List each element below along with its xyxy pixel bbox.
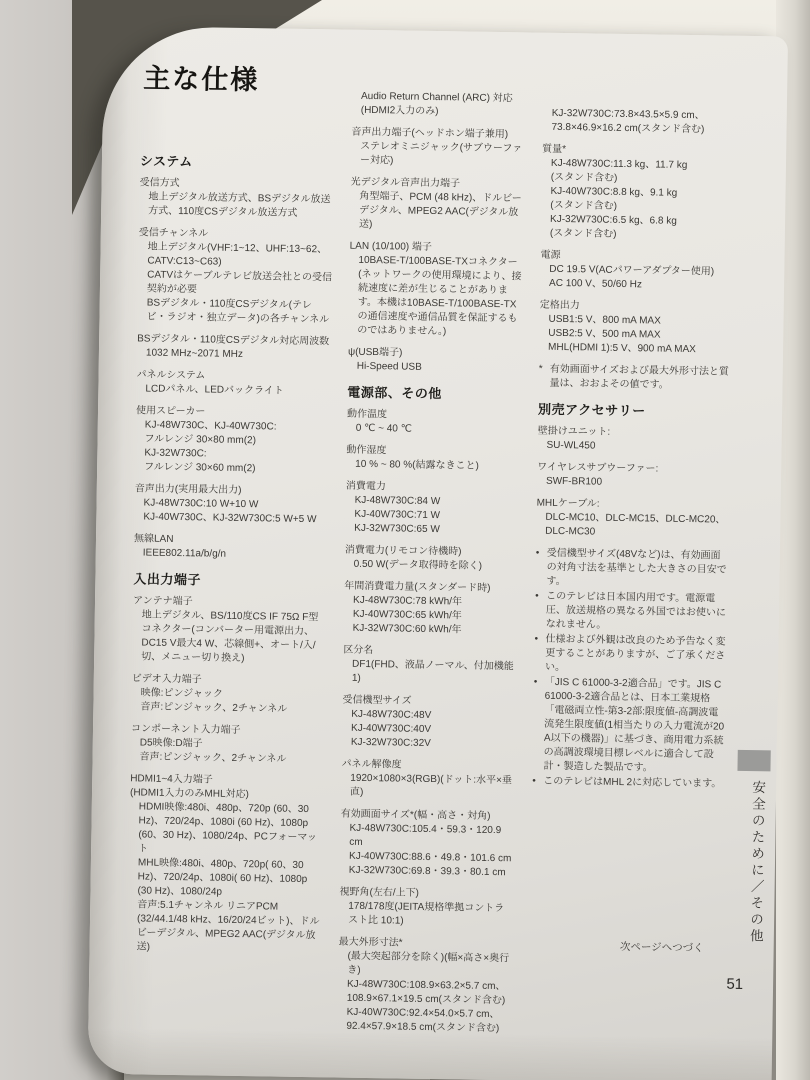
- footnote: *有効画面サイズおよび最大外形寸法と質量は、おおよその値です。: [538, 363, 730, 394]
- spec-group: 有効画面サイズ*(幅・高さ・対角)KJ-48W730C:105.4・59.3・1…: [340, 808, 515, 881]
- spec-value: KJ-32W730C:32V: [342, 736, 516, 753]
- bullet-text: 「JIS C 61000-3-2適合品」です。JIS C 61000-3-2適合…: [543, 676, 726, 777]
- spec-group: HDMI1~4入力端子(HDMI1入力のみMHL対応)HDMI映像:480i、4…: [127, 772, 324, 957]
- spec-group: 無線LANIEEE802.11a/b/g/n: [134, 532, 328, 563]
- bullet-text: このテレビは日本国内用です。電源電圧、放送規格の異なる外国ではお使いになれません…: [546, 590, 728, 635]
- section-heading: システム: [140, 154, 334, 171]
- spec-group: 壁掛けユニット:SU-WL450: [537, 425, 729, 456]
- spec-group: KJ-32W730C:73.8×43.5×5.9 cm、73.8×46.9×16…: [542, 107, 734, 138]
- spec-value: MHL(HDMI 1):5 V、900 mA MAX: [539, 341, 731, 358]
- bullet-item: •このテレビはMHL 2に対応しています。: [532, 775, 724, 792]
- spec-value: KJ-32W730C:69.8・39.3・80.1 cm: [340, 864, 514, 881]
- spec-group: 受信機型サイズKJ-48W730C:48VKJ-40W730C:40VKJ-32…: [342, 694, 517, 753]
- spec-value: 地上デジタル放送方式、BSデジタル放送方式、110度CSデジタル放送方式: [139, 190, 333, 221]
- spec-value: 音声:5.1チャンネル リニアPCM (32/44.1/48 kHz、16/20…: [127, 898, 322, 957]
- spec-column-2: Audio Return Channel (ARC) 対応 (HDMI2入力のみ…: [337, 82, 526, 1045]
- spec-value: DLC-MC10、DLC-MC15、DLC-MC20、DLC-MC30: [536, 511, 728, 542]
- spec-value: HDMI映像:480i、480p、720p (60、30 Hz)、720/24p…: [129, 800, 324, 859]
- spec-columns: システム受信方式地上デジタル放送方式、BSデジタル放送方式、110度CSデジタル…: [126, 78, 735, 1047]
- spec-group: *有効画面サイズおよび最大外形寸法と質量は、おおよその値です。: [538, 363, 730, 394]
- spec-group: 音声出力(実用最大出力)KJ-48W730C:10 W+10 WKJ-40W73…: [134, 482, 329, 527]
- spec-group: コンポーネント入力端子D5映像:D端子音声:ピンジャック、2チャンネル: [130, 722, 325, 767]
- spec-group: 消費電力(リモコン待機時)0.50 W(データ取得時を除く): [345, 544, 519, 575]
- spec-value: KJ-48W730C:105.4・59.3・120.9 cm: [340, 822, 514, 853]
- spec-group: LAN (10/100) 端子10BASE-T/100BASE-TXコネクター(…: [348, 240, 524, 341]
- spec-group: Audio Return Channel (ARC) 対応 (HDMI2入力のみ…: [352, 90, 526, 121]
- spec-value: MHL映像:480i、480p、720p( 60、30 Hz)、720/24p、…: [128, 856, 323, 901]
- spec-column-3: KJ-32W730C:73.8×43.5×5.9 cm、73.8×46.9×16…: [528, 85, 735, 1048]
- bullet-marker: •: [534, 633, 546, 675]
- spec-value: KJ-40W730C:92.4×54.0×5.7 cm、92.4×57.9×18…: [337, 1006, 511, 1037]
- spec-group: 受信方式地上デジタル放送方式、BSデジタル放送方式、110度CSデジタル放送方式: [139, 176, 334, 221]
- spec-group: ワイヤレスサブウーファー:SWF-BR100: [537, 461, 729, 492]
- spec-value: LCDパネル、LEDバックライト: [136, 382, 330, 399]
- spec-value: 地上デジタル、BS/110度CS IF 75Ω F型コネクター(コンバーター用電…: [132, 608, 327, 667]
- bullet-marker: •: [535, 590, 547, 632]
- spec-value: 178/178度(JEITA規格準拠コントラスト比 10:1): [339, 900, 513, 931]
- spec-group: 音声出力端子(ヘッドホン端子兼用)ステレオミニジャック(サブウーファー対応): [351, 126, 526, 171]
- asterisk-marker: *: [538, 363, 549, 391]
- page-number: 51: [726, 976, 743, 993]
- spec-value: Audio Return Channel (ARC) 対応 (HDMI2入力のみ…: [352, 90, 526, 121]
- spec-group: ψ(USB端子)Hi-Speed USB: [348, 346, 522, 377]
- spec-value: KJ-40W730C、KJ-32W730C:5 W+5 W: [134, 510, 328, 527]
- spec-group: 受信チャンネル地上デジタル(VHF:1~12、UHF:13~62、CATV:C1…: [137, 226, 333, 327]
- spec-value: KJ-32W730C:73.8×43.5×5.9 cm、73.8×46.9×16…: [542, 107, 734, 138]
- spec-group: 別売アクセサリー: [538, 403, 730, 420]
- bullet-item: •「JIS C 61000-3-2適合品」です。JIS C 61000-3-2適…: [532, 676, 726, 777]
- spec-group: 動作湿度10 % ~ 80 %(結露なきこと): [346, 444, 520, 475]
- spec-value: 音声:ピンジャック、2チャンネル: [130, 750, 324, 767]
- spec-value: 0.50 W(データ取得時を除く): [345, 558, 519, 575]
- spec-value: SU-WL450: [537, 439, 729, 456]
- spec-value: CATVはケーブルテレビ放送会社との受信契約が必要: [138, 268, 332, 299]
- spec-group: ビデオ入力端子映像:ピンジャック音声:ピンジャック、2チャンネル: [131, 672, 326, 717]
- spec-group: 年間消費電力量(スタンダード時)KJ-48W730C:78 kWh/年KJ-40…: [344, 580, 519, 639]
- spec-group: 質量*KJ-48W730C:11.3 kg、11.7 kg(スタンド含む)KJ-…: [541, 143, 735, 244]
- section-heading: 電源部、その他: [347, 386, 521, 403]
- spec-group: 使用スピーカーKJ-48W730C、KJ-40W730C:フルレンジ 30×80…: [135, 404, 330, 477]
- spec-group: アンテナ端子地上デジタル、BS/110度CS IF 75Ω F型コネクター(コン…: [132, 594, 327, 667]
- chapter-tab-label: 安全のために／その他: [745, 780, 768, 945]
- spec-value: 0 ℃ ~ 40 ℃: [347, 422, 521, 439]
- spec-group: 電源部、その他: [347, 386, 521, 403]
- bullet-marker: •: [532, 775, 543, 789]
- spec-value: BSデジタル・110度CSデジタル(テレビ・ラジオ・独立データ)の各チャンネル: [137, 296, 331, 327]
- spec-value: ステレオミニジャック(サブウーファー対応): [351, 140, 525, 171]
- spec-group: 動作温度0 ℃ ~ 40 ℃: [347, 408, 521, 439]
- spec-group: 最大外形寸法*(最大突起部分を除く)(幅×高さ×奥行き)KJ-48W730C:1…: [337, 936, 513, 1037]
- spec-value: 1920×1080×3(RGB)(ドット:水平×垂直): [341, 772, 515, 803]
- spec-group: 定格出力USB1:5 V、800 mA MAXUSB2:5 V、500 mA M…: [539, 299, 732, 358]
- spec-group: MHLケーブル:DLC-MC10、DLC-MC15、DLC-MC20、DLC-M…: [536, 497, 729, 542]
- spec-value: SWF-BR100: [537, 475, 729, 492]
- spec-group: パネル解像度1920×1080×3(RGB)(ドット:水平×垂直): [341, 758, 516, 803]
- spec-value: KJ-32W730C:65 W: [345, 522, 519, 539]
- spec-value: KJ-32W730C:60 kWh/年: [344, 622, 518, 639]
- spec-group: 入出力端子: [133, 572, 327, 589]
- bullet-marker: •: [535, 547, 547, 589]
- spec-value: (スタンド含む): [541, 227, 733, 244]
- bullet-item: •仕様および外観は改良のため予告なく変更することがありますが、ご了承ください。: [534, 633, 727, 678]
- manual-page: 主な仕様 システム受信方式地上デジタル放送方式、BSデジタル放送方式、110度C…: [88, 26, 788, 1080]
- continue-note: 次ページへつづく: [620, 939, 704, 955]
- section-heading: 別売アクセサリー: [538, 403, 730, 420]
- spec-value: 10BASE-T/100BASE-TXコネクター(ネットワークの使用環境により、…: [348, 254, 523, 341]
- spec-value: (最大突起部分を除く)(幅×高さ×奥行き): [338, 950, 512, 981]
- spec-group: BSデジタル・110度CSデジタル対応周波数1032 MHz~2071 MHz: [137, 332, 331, 363]
- section-heading: 入出力端子: [133, 572, 327, 589]
- spec-group: 視野角(左右/上下)178/178度(JEITA規格準拠コントラスト比 10:1…: [339, 886, 514, 931]
- bullet-text: このテレビはMHL 2に対応しています。: [543, 775, 721, 792]
- spec-group: 光デジタル音声出力端子角型端子、PCM (48 kHz)、ドルビーデジタル、MP…: [350, 176, 525, 235]
- footnote-text: 有効画面サイズおよび最大外形寸法と質量は、おおよその値です。: [549, 363, 730, 394]
- spec-value: 音声:ピンジャック、2チャンネル: [131, 700, 325, 717]
- spec-group: 消費電力KJ-48W730C:84 WKJ-40W730C:71 WKJ-32W…: [345, 480, 520, 539]
- bullet-text: 仕様および外観は改良のため予告なく変更することがありますが、ご了承ください。: [545, 633, 727, 678]
- spec-column-1: システム受信方式地上デジタル放送方式、BSデジタル放送方式、110度CSデジタル…: [126, 78, 335, 1041]
- spec-group: 電源DC 19.5 V(ACパワーアダプター使用)AC 100 V、50/60 …: [540, 249, 733, 294]
- spec-value: Hi-Speed USB: [348, 360, 522, 377]
- spec-value: 地上デジタル(VHF:1~12、UHF:13~62、CATV:C13~C63): [138, 240, 332, 271]
- chapter-tab-marker: [737, 750, 770, 772]
- spec-value: 角型端子、PCM (48 kHz)、ドルビーデジタル、MPEG2 AAC(デジタ…: [350, 190, 525, 235]
- spec-group: •受信機型サイズ(48Vなど)は、有効画面の対角寸法を基準とした大きさの目安です…: [532, 547, 728, 792]
- spec-group: 区分名DF1(FHD、液晶ノーマル、付加機能1): [343, 644, 518, 689]
- bullet-item: •受信機型サイズ(48Vなど)は、有効画面の対角寸法を基準とした大きさの目安です…: [535, 547, 728, 592]
- spec-group: パネルシステムLCDパネル、LEDバックライト: [136, 368, 330, 399]
- bullet-item: •このテレビは日本国内用です。電源電圧、放送規格の異なる外国ではお使いになれませ…: [535, 590, 728, 635]
- spec-value: KJ-48W730C:108.9×63.2×5.7 cm、108.9×67.1×…: [338, 978, 512, 1009]
- spec-value: フルレンジ 30×60 mm(2): [135, 460, 329, 477]
- spec-value: IEEE802.11a/b/g/n: [134, 546, 328, 563]
- spec-value: 10 % ~ 80 %(結露なきこと): [346, 458, 520, 475]
- spec-value: DF1(FHD、液晶ノーマル、付加機能1): [343, 658, 517, 689]
- spec-group: システム: [140, 154, 334, 171]
- bullet-text: 受信機型サイズ(48Vなど)は、有効画面の対角寸法を基準とした大きさの目安です。: [546, 547, 728, 592]
